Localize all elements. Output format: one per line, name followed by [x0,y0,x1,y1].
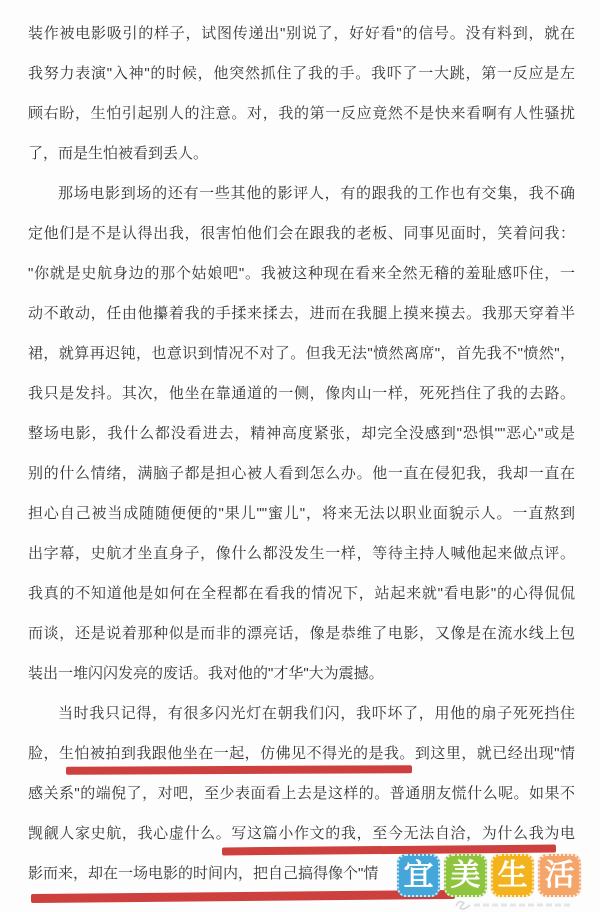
watermark-tile-mei: 美 [444,854,487,897]
text-line: 别的什么情绪，满脑子都是担心被人看到怎么办。他一直在侵犯我，我却一直在 [28,454,575,494]
text-line: 我只是发抖。其次，他坐在靠通道的一侧，像肉山一样，死死挡住了我的去路。 [28,374,575,414]
text-line: 装作被电影吸引的样子，试图传递出"别说了，好好看"的信号。没有料到，就在 [28,14,575,54]
text-line: 那场电影到场的还有一些其他的影评人，有的跟我的工作也有交集，我不确 [28,174,575,214]
text-line: 动不敢动，任由他攥着我的手揉来揉去，进而在我腿上摸来摸去。我那天穿着半 [28,294,575,334]
text-line: 出字幕，史航才坐直身子，像什么都没发生一样，等待主持人喊他起来做点评。 [28,534,575,574]
watermark-tile-sheng: 生 [491,854,534,897]
text-line: 裙，就算再迟钝，也意识到情况不对了。但我无法"愤然离席"，首先我不"愤然"， [28,334,575,374]
text-line: 装出一堆闪闪发亮的废话。我对他的"才华"大为震撼。 [28,654,575,694]
text-line: 担心自己被当成随随便便的"果儿""蜜儿"，将来无法以职业面貌示人。一直熬到 [28,494,575,534]
article-text: 装作被电影吸引的样子，试图传递出"别说了，好好看"的信号。没有料到，就在 我努力… [28,14,575,894]
article-page: 装作被电影吸引的样子，试图传递出"别说了，好好看"的信号。没有料到，就在 我努力… [0,0,600,912]
red-underline-1 [66,765,412,775]
text-line: 当时我只记得，有很多闪光灯在朝我们闪，我吓坏了，用他的扇子死死挡住 [28,694,575,734]
text-line: "你就是史航身边的那个姑娘吧"。我被这种现在看来全然无稽的羞耻感吓住，一 [28,254,575,294]
watermark-yimeishenghuo: 宜 美 生 活 [397,854,581,897]
watermark-remnant-squiggle [452,897,592,911]
text-line: 整场电影，我什么都没看进去，精神高度紧张，却完全没感到"恐惧""恶心"或是 [28,414,575,454]
text-line: 而谈，还是说着那种似是而非的漂亮话，像是恭维了电影，又像是在流水线上包 [28,614,575,654]
watermark-tile-huo: 活 [538,854,581,897]
text-line: 我真的不知道他是如何在全程都在看我的情况下，站起来就"看电影"的心得侃侃 [28,574,575,614]
text-line: 感关系"的端倪了，对吧，至少表面看上去是这样的。普通朋友慌什么呢。如果不 [28,774,575,814]
text-line: 顾右盼，生怕引起别人的注意。对，我的第一反应竟然不是快来看啊有人性骚扰 [28,94,575,134]
text-line: 定他们是不是认得出我，很害怕他们会在跟我的老板、同事见面时，笑着问我： [28,214,575,254]
text-line: 我努力表演"入神"的时候，他突然抓住了我的手。我吓了一大跳，第一反应是左 [28,54,575,94]
text-line: 了，而是生怕被看到丢人。 [28,134,575,174]
watermark-tile-yi: 宜 [397,854,440,897]
